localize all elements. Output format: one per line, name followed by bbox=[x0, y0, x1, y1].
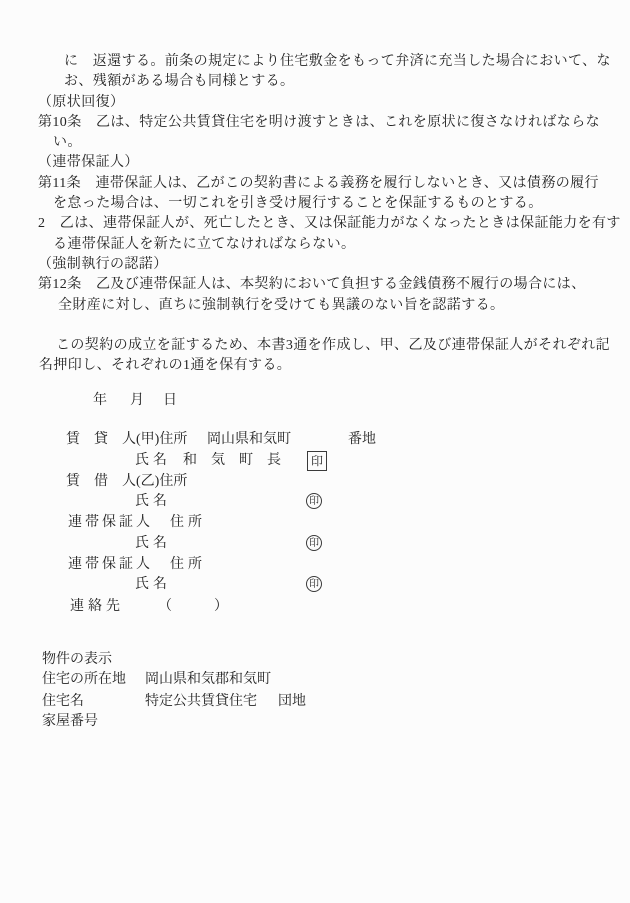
tenant-name-label: 氏名 bbox=[135, 492, 171, 512]
landlord-name-value: 和気町長 bbox=[183, 451, 295, 471]
tenant-address-row: 賃 借 人(乙)住所 bbox=[0, 472, 630, 492]
guarantor1-name-label: 氏名 bbox=[135, 534, 171, 554]
closing-paragraph-line: この契約の成立を証するため、本書3通を作成し、甲、乙及び連帯保証人がそれぞれ記 bbox=[56, 336, 630, 356]
guarantor2-name-row: 氏名 印 bbox=[0, 575, 630, 595]
guarantor1-address-label: 住所 bbox=[170, 513, 206, 533]
contract-page: に 返還する。前条の規定により住宅敷金をもって弁済に充当した場合において、な お… bbox=[0, 0, 630, 903]
date-month-label: 月 bbox=[130, 391, 144, 411]
landlord-banchi-label: 番地 bbox=[348, 430, 376, 450]
clause-continuation-line: お、残額がある場合も同様とする。 bbox=[64, 72, 630, 92]
clause-heading-kyosei-shikko: （強制執行の認諾） bbox=[38, 255, 630, 275]
guarantor2-address-row: 連帯保証人 住所 bbox=[0, 555, 630, 575]
tenant-name-row: 氏名 印 bbox=[0, 492, 630, 512]
property-name-row: 住宅名 特定公共賃貸住宅 団地 bbox=[0, 692, 630, 712]
clause-article-10: 第10条 乙は、特定公共賃貸住宅を明け渡すときは、これを原状に復さなければならな bbox=[38, 113, 630, 133]
landlord-address-row: 賃 貸 人(甲)住所 岡山県和気町 番地 bbox=[0, 430, 630, 450]
property-title-row: 物件の表示 bbox=[0, 650, 630, 670]
clause-continuation-line: い。 bbox=[53, 133, 630, 153]
landlord-seal-square-icon: 印 bbox=[307, 451, 327, 471]
property-location-value: 岡山県和気郡和気町 bbox=[145, 670, 271, 690]
clause-heading-genjo-kaifuku: （原状回復） bbox=[38, 93, 630, 113]
clause-continuation-line: 全財産に対し、直ちに強制執行を受けても異議のない旨を認諾する。 bbox=[58, 296, 630, 316]
date-line: 年 月 日 bbox=[0, 391, 630, 411]
landlord-name-row: 氏名 和気町長 印 bbox=[0, 451, 630, 471]
contract-body-text: に 返還する。前条の規定により住宅敷金をもって弁済に充当した場合において、な お… bbox=[0, 52, 630, 377]
guarantor1-name-row: 氏名 印 bbox=[0, 534, 630, 554]
closing-paragraph-line: 名押印し、それぞれの1通を保有する。 bbox=[39, 356, 630, 376]
contact-row: 連絡先 （ ） bbox=[0, 597, 630, 617]
property-name-suffix-danchi: 団地 bbox=[278, 692, 306, 712]
tenant-seal-circle-icon: 印 bbox=[306, 493, 322, 509]
clause-article-12: 第12条 乙及び連帯保証人は、本契約において負担する金銭債務不履行の場合には、 bbox=[38, 275, 630, 295]
guarantor1-seal-circle-icon: 印 bbox=[306, 535, 322, 551]
property-house-number-row: 家屋番号 bbox=[0, 712, 630, 732]
property-location-row: 住宅の所在地 岡山県和気郡和気町 bbox=[0, 670, 630, 690]
landlord-name-label: 氏名 bbox=[135, 451, 171, 471]
clause-continuation-line: に 返還する。前条の規定により住宅敷金をもって弁済に充当した場合において、な bbox=[64, 52, 630, 72]
landlord-address-value: 岡山県和気町 bbox=[207, 430, 291, 450]
property-house-number-label: 家屋番号 bbox=[42, 712, 98, 732]
landlord-role-label: 賃 貸 人(甲)住所 bbox=[66, 430, 187, 450]
property-title: 物件の表示 bbox=[42, 650, 112, 670]
contact-label: 連絡先 bbox=[70, 597, 124, 617]
tenant-role-label: 賃 借 人(乙)住所 bbox=[66, 472, 187, 492]
clause-continuation-line: る連帯保証人を新たに立てなければならない。 bbox=[53, 235, 630, 255]
clause-article-11: 第11条 連帯保証人は、乙がこの契約書による義務を履行しないとき、又は債務の履行 bbox=[38, 174, 630, 194]
guarantor2-address-label: 住所 bbox=[170, 555, 206, 575]
guarantor1-role-label: 連帯保証人 bbox=[68, 513, 153, 533]
clause-article-11-item-2: 2 乙は、連帯保証人が、死亡したとき、又は保証能力がなくなったときは保証能力を有… bbox=[38, 214, 630, 234]
property-location-label: 住宅の所在地 bbox=[42, 670, 126, 690]
guarantor2-name-label: 氏名 bbox=[135, 575, 171, 595]
clause-continuation-line: を怠った場合は、一切これを引き受け履行することを保証するものとする。 bbox=[53, 194, 630, 214]
clause-heading-rentai-hoshonin: （連帯保証人） bbox=[38, 153, 630, 173]
guarantor2-seal-circle-icon: 印 bbox=[306, 576, 322, 592]
date-day-label: 日 bbox=[163, 391, 177, 411]
property-name-label: 住宅名 bbox=[42, 692, 84, 712]
date-year-label: 年 bbox=[93, 391, 107, 411]
guarantor2-role-label: 連帯保証人 bbox=[68, 555, 153, 575]
contact-phone-parens: （ ） bbox=[158, 597, 228, 617]
property-name-value: 特定公共賃貸住宅 bbox=[145, 692, 257, 712]
guarantor1-address-row: 連帯保証人 住所 bbox=[0, 513, 630, 533]
blank-line bbox=[38, 316, 630, 336]
